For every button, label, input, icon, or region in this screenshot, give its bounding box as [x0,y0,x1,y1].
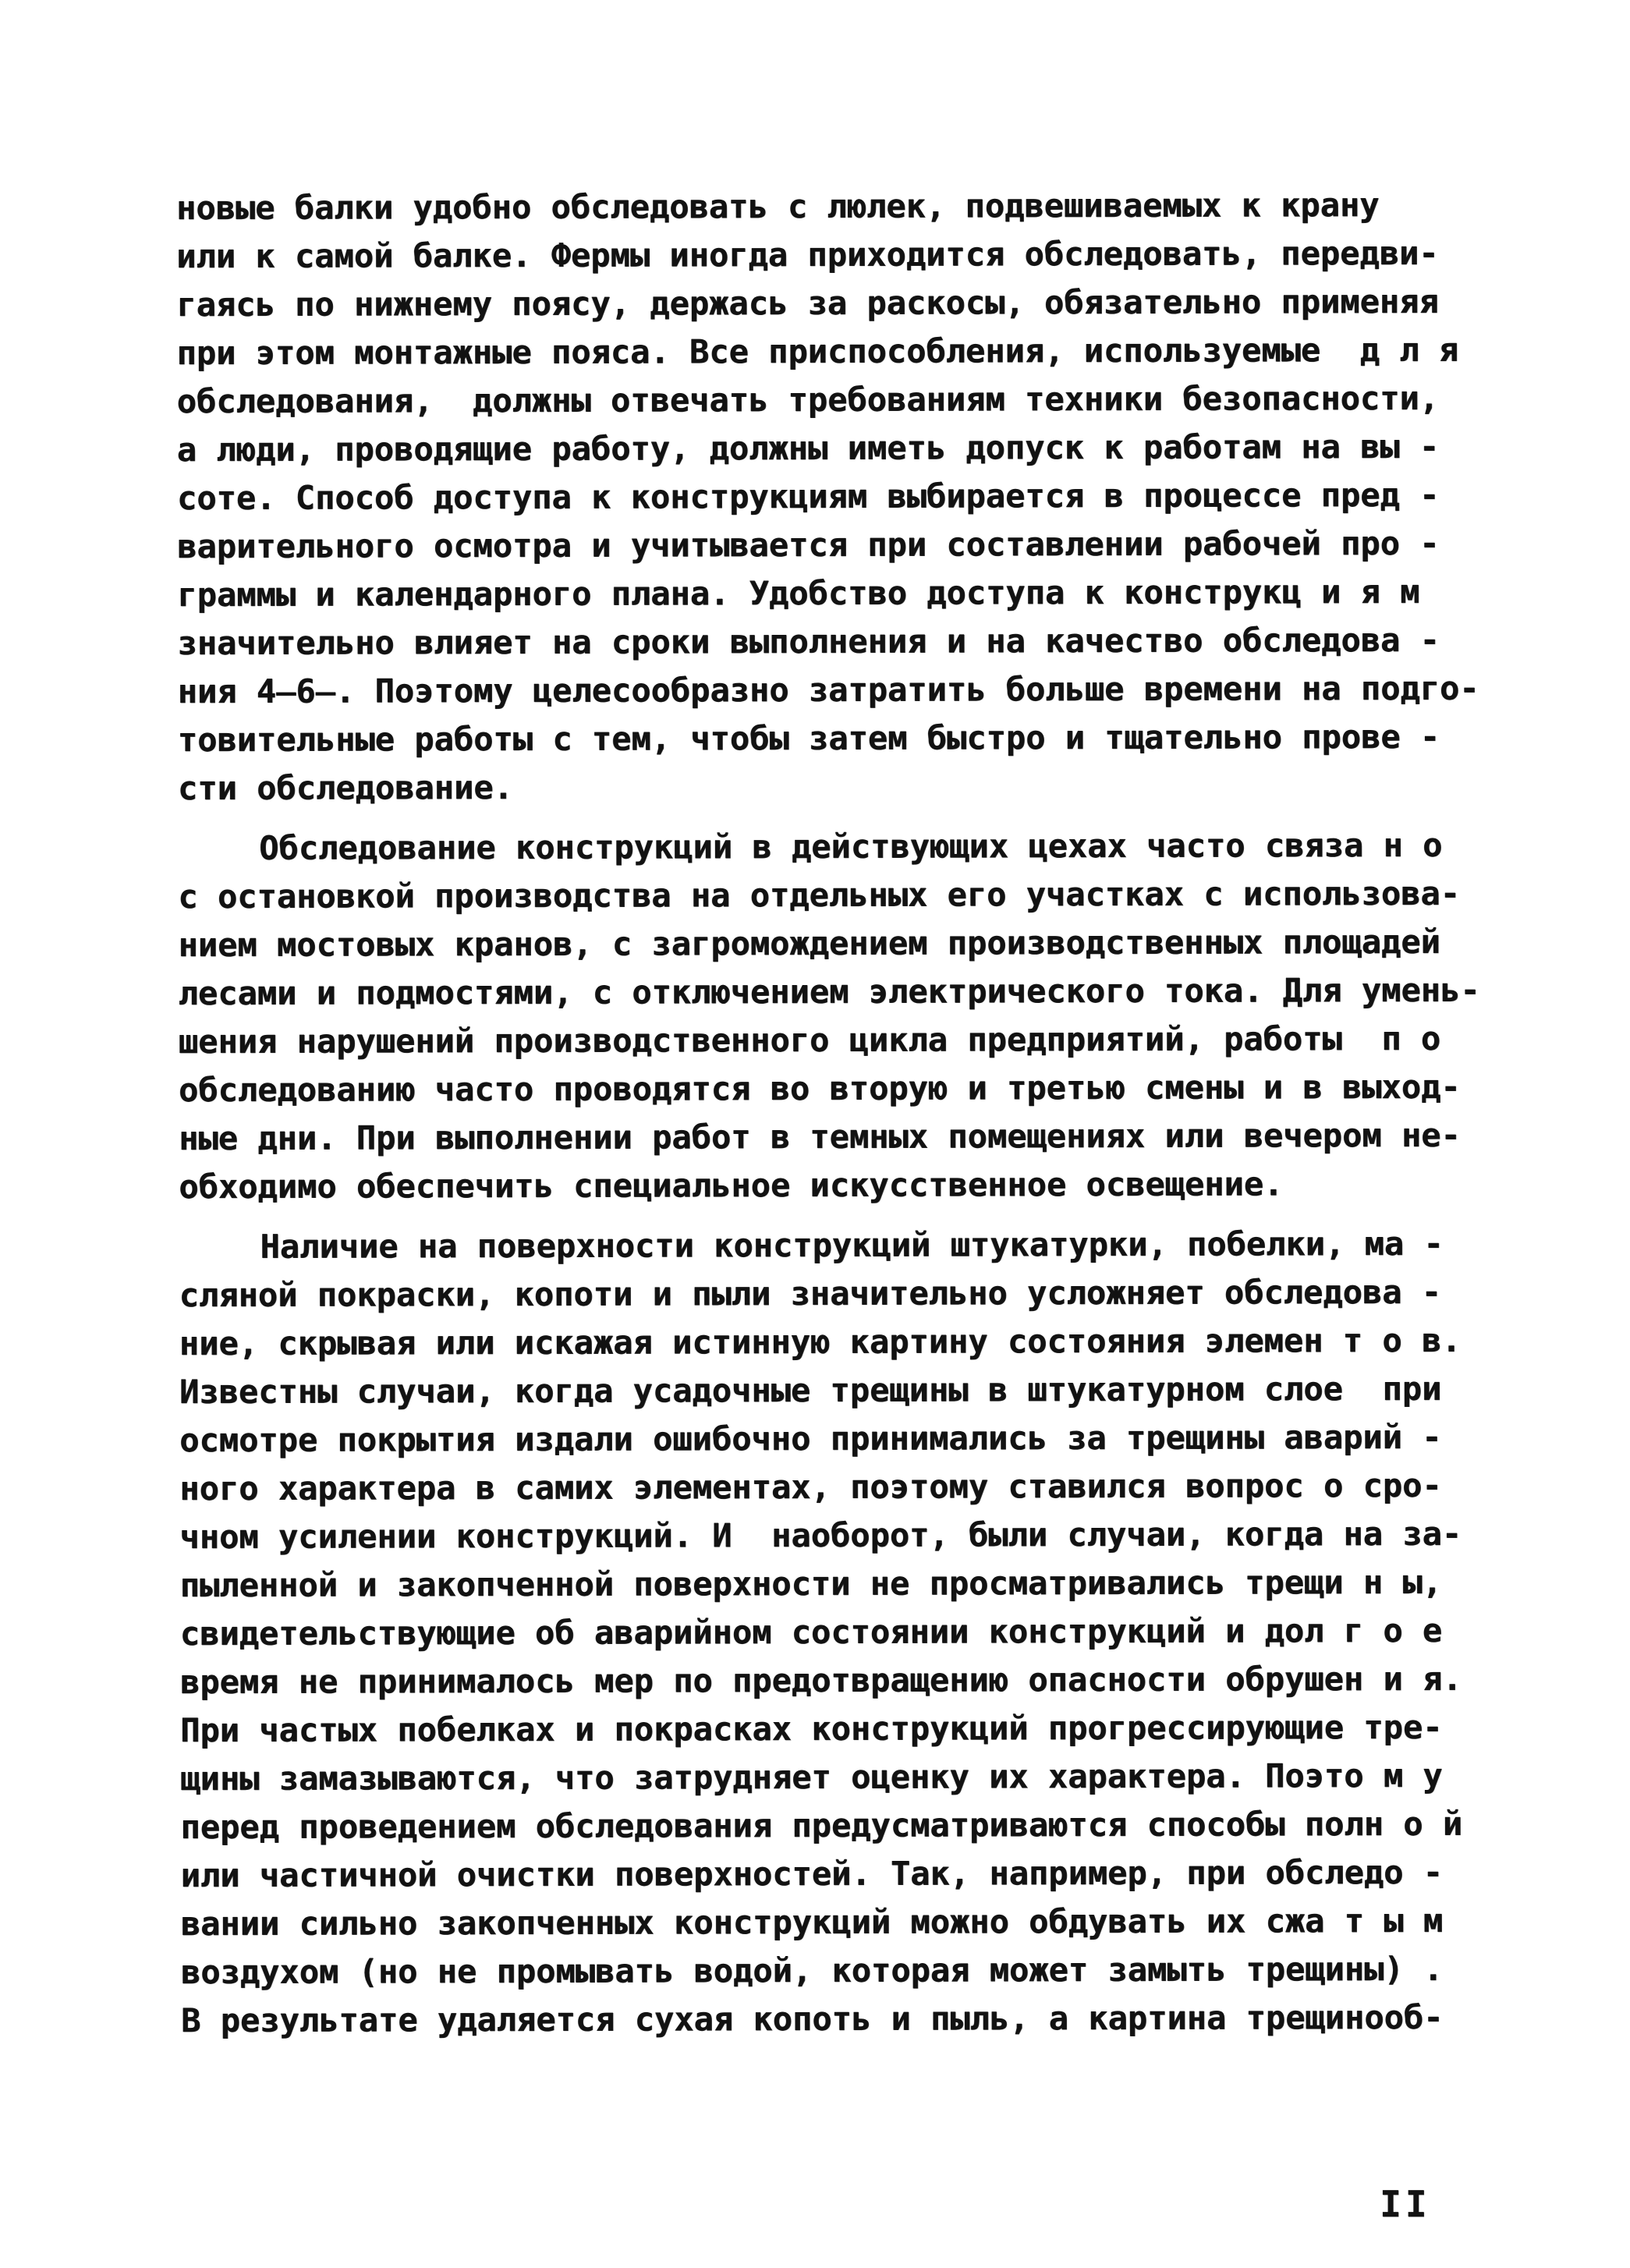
text-line: варительного осмотра и учитывается при с… [177,519,1487,571]
text-line: лесами и подмостями, с отключением элект… [179,966,1489,1018]
text-line: или частичной очистки поверхностей. Так,… [181,1848,1491,1900]
text-line: граммы и календарного плана. Удобство до… [177,568,1487,619]
paragraph: новые балки удобно обследовать с люлек, … [176,181,1488,813]
text-line: обследованию часто проводятся во вторую … [179,1063,1489,1115]
text-line: нием мостовых кранов, с загромождением п… [178,918,1488,969]
text-line: пыленной и закопченной поверхности не пр… [180,1558,1490,1610]
text-line: сляной покраски, копоти и пыли значитель… [179,1268,1490,1320]
text-line: значительно влияет на сроки выполнения и… [177,616,1487,668]
text-line: Обследование конструкций в действующих ц… [178,821,1488,873]
paragraph: Наличие на поверхности конструкций штука… [179,1220,1491,2045]
scanned-document-page: новые балки удобно обследовать с люлек, … [0,0,1630,2268]
text-line: осмотре покрытия издали ошибочно принима… [179,1413,1490,1465]
text-line: соте. Способ доступа к конструкциям выби… [177,471,1487,523]
text-line: ного характера в самих элементах, поэтом… [179,1462,1490,1513]
text-line: сти обследование. [178,761,1488,813]
paragraph: Обследование конструкций в действующих ц… [178,821,1489,1211]
text-line: товительные работы с тем, чтобы затем бы… [178,713,1488,764]
page-number: II [1380,2183,1430,2225]
text-line: чном усилении конструкций. И наоборот, б… [179,1510,1490,1561]
text-line: При частых побелках и покрасках конструк… [180,1703,1490,1755]
text-line: ния 4̶6̶. Поэтому целесообразно затратит… [178,664,1488,716]
text-line: с остановкой производства на отдельных е… [178,870,1488,921]
text-line: обследования, должны отвечать требования… [177,374,1487,426]
text-line: воздухом (но не промывать водой, которая… [181,1945,1491,1997]
text-line: вании сильно закопченных конструкций мож… [181,1897,1491,1948]
text-line: щины замазываются, что затрудняет оценку… [180,1752,1490,1803]
text-line: Наличие на поверхности конструкций штука… [179,1220,1489,1271]
text-line: время не принималось мер по предотвращен… [180,1655,1490,1706]
text-line: гаясь по нижнему поясу, держась за раско… [176,278,1486,329]
text-line: Известны случаи, когда усадочные трещины… [179,1365,1490,1416]
text-line: ние, скрывая или искажая истинную картин… [179,1317,1490,1368]
text-line: ные дни. При выполнении работ в темных п… [179,1111,1489,1163]
document-body: новые балки удобно обследовать с люлек, … [176,181,1491,2045]
text-line: В результате удаляется сухая копоть и пы… [181,1993,1491,2045]
text-line: шения нарушений производственного цикла … [179,1015,1489,1066]
text-line: или к самой балке. Фермы иногда приходит… [176,229,1486,281]
text-line: перед проведением обследования предусмат… [180,1800,1490,1852]
text-line: новые балки удобно обследовать с люлек, … [176,181,1486,232]
text-line: при этом монтажные пояса. Все приспособл… [176,326,1486,377]
text-line: свидетельствующие об аварийном состоянии… [180,1607,1490,1658]
text-line: а люди, проводящие работу, должны иметь … [177,423,1487,474]
text-line: обходимо обеспечить специальное искусств… [179,1160,1489,1211]
